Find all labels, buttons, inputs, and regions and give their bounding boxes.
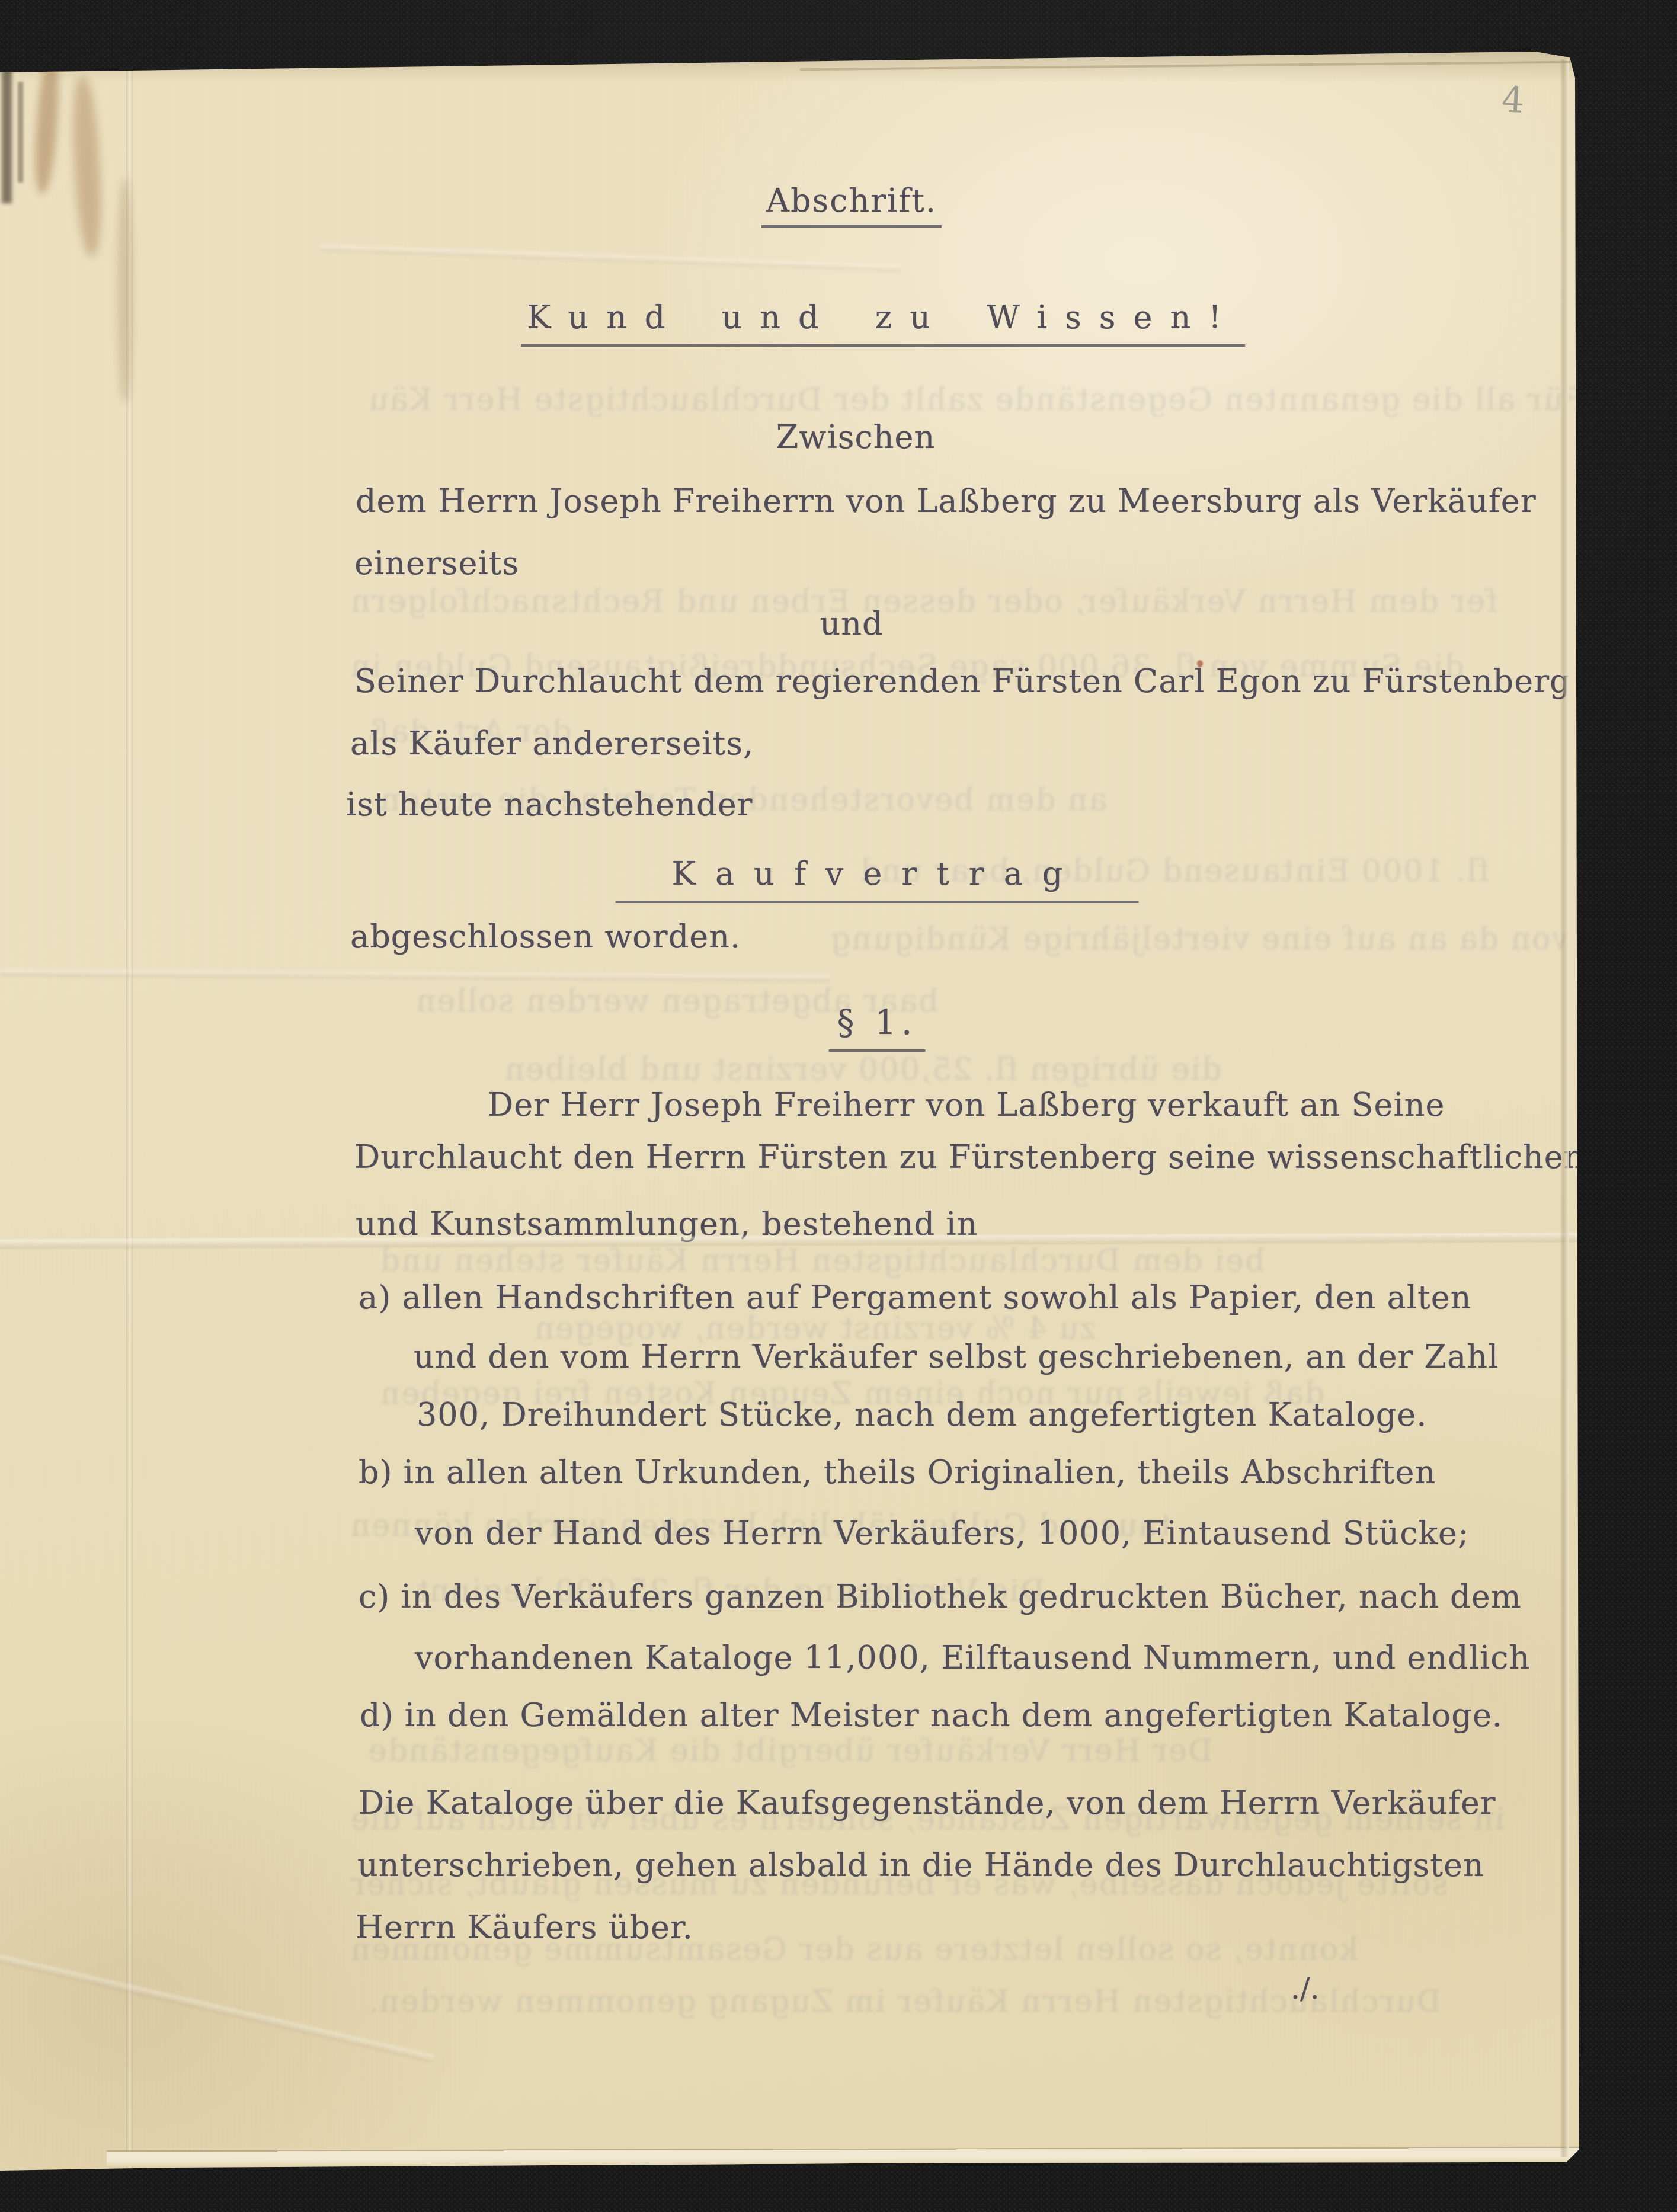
bleedthrough-line: von da an auf eine vierteljährige Kündig… <box>830 921 1569 957</box>
und-connector: und <box>820 606 883 642</box>
abgeschlossen-line: abgeschlossen worden. <box>350 918 741 955</box>
item-b-line1: b) in allen alten Urkunden, theils Origi… <box>359 1454 1436 1491</box>
brown-stain <box>70 75 104 257</box>
bleedthrough-line: Für all die genannten Gegenstände zahlt … <box>367 382 1586 418</box>
ist-heute-line: ist heute nachstehender <box>346 786 753 823</box>
kaeufer-andererseits-line: als Käufer andererseits, <box>350 725 754 762</box>
closing-line3: Herrn Käufers über. <box>356 1909 693 1946</box>
buyer-party-line: Seiner Durchlaucht dem regierenden Fürst… <box>354 663 1571 700</box>
brown-stain <box>32 54 62 194</box>
document-page: Für all die genannten Gegenstände zahlt … <box>0 0 1583 2175</box>
bleedthrough-line: fer dem Herrn Verkäufer, oder dessen Erb… <box>350 584 1497 619</box>
item-d-line: d) in den Gemälden alter Meister nach de… <box>360 1697 1503 1734</box>
underlying-sheet-edge <box>1560 59 1569 2157</box>
paper-crease <box>320 245 901 272</box>
einerseits-line: einerseits <box>354 545 519 582</box>
underlying-sheet-edge <box>107 2147 1579 2167</box>
document-title: Abschrift. <box>761 183 942 228</box>
bleedthrough-line: Der Herr Verkäufer übergibt die Kaufgege… <box>367 1733 1213 1769</box>
closing-line1: Die Kataloge über die Kaufsgegenstände, … <box>359 1785 1496 1822</box>
item-a-line1: a) allen Handschriften auf Pergament sow… <box>359 1279 1471 1316</box>
underlying-sheet-edge <box>800 61 1570 71</box>
paragraph1-line1: Der Herr Joseph Freiherr von Laßberg ver… <box>488 1087 1445 1123</box>
brown-stain <box>117 178 133 403</box>
closing-line2: unterschrieben, gehen alsbald in die Hän… <box>357 1847 1484 1884</box>
item-b-line2: von der Hand des Herrn Verkäufers, 1000,… <box>415 1515 1469 1552</box>
edge-dark-mark <box>2 64 12 203</box>
heading-kaufvertrag: Kaufvertrag <box>616 856 1139 903</box>
seller-party-line: dem Herrn Joseph Freiherrn von Laßberg z… <box>356 483 1536 520</box>
pencil-page-number: 4 <box>1500 79 1525 121</box>
item-a-line2: und den vom Herrn Verkäufer selbst gesch… <box>414 1339 1499 1375</box>
bleedthrough-line: bei dem Durchlauchtigsten Herrn Käufer s… <box>379 1243 1265 1279</box>
paragraph1-line3: und Kunstsammlungen, bestehend in <box>356 1206 978 1243</box>
item-a-line3: 300, Dreihundert Stücke, nach dem angefe… <box>417 1397 1427 1433</box>
word-zwischen: Zwischen <box>776 419 935 456</box>
item-c-line1: c) in des Verkäufers ganzen Bibliothek g… <box>359 1579 1522 1615</box>
paper-fold-line <box>126 0 133 2175</box>
continuation-mark: ./. <box>1291 1972 1320 2006</box>
heading-kund-und-zu-wissen: Kund und zu Wissen! <box>521 299 1245 347</box>
edge-dark-mark <box>18 82 23 183</box>
paper-crease <box>0 969 830 982</box>
bleedthrough-line: Durchlauchtigsten Herrn Käufer im Zugang… <box>367 1984 1441 2019</box>
paragraph1-line2: Durchlaucht den Herrn Fürsten zu Fürsten… <box>354 1139 1607 1176</box>
bleedthrough-line: die übrigen fl. 25,000 verzinst und blei… <box>504 1052 1221 1087</box>
item-c-line2: vorhandenen Kataloge 11,000, Eilftausend… <box>415 1640 1530 1676</box>
scanned-document-photo: Für all die genannten Gegenstände zahlt … <box>0 0 1677 2212</box>
section-1-heading: § 1. <box>829 1003 926 1052</box>
